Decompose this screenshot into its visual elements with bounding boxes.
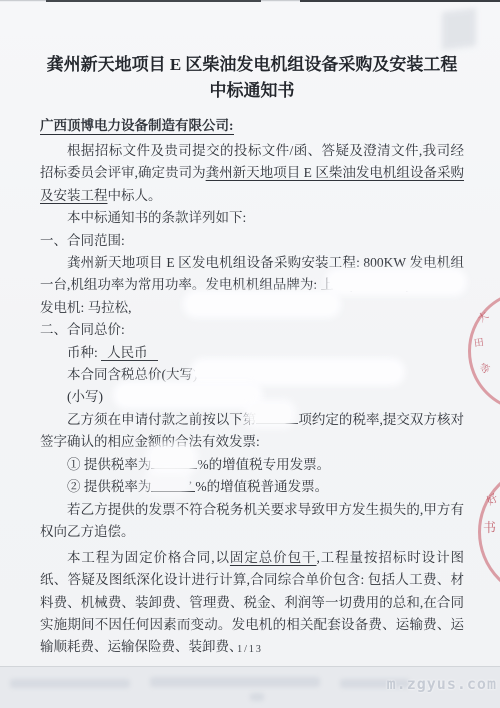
title-line-1: 龚州新天地项目 E 区柴油发电机组设备采购及安装工程 xyxy=(40,52,464,78)
watermark-text: m.zgyus.com xyxy=(387,675,497,693)
seal-character: 田 xyxy=(473,338,484,349)
penalty-paragraph: 若乙方提供的发票不符合税务机关要求导致甲方发生损失的,甲方有权向乙方追偿。 xyxy=(40,499,464,544)
document-content: 龚州新天地项目 E 区柴油发电机组设备采购及安装工程 中标通知书 广西顶博电力设… xyxy=(0,2,500,659)
currency-label: 币种: xyxy=(67,345,98,360)
recipient-line: 广西顶博电力设备制造有限公司: xyxy=(40,114,464,137)
ghost-print xyxy=(250,693,264,701)
award-paragraph: 根据招标文件及贵司提交的投标文件/函、答疑及澄清文件,我司经招标委员会评审,确定… xyxy=(40,140,464,207)
redaction-amount-words xyxy=(195,363,400,381)
section2-heading: 二、合同总价: xyxy=(40,319,464,341)
section1-heading: 一、合同范围: xyxy=(40,230,464,252)
document-title: 龚州新天地项目 E 区柴油发电机组设备采购及安装工程 中标通知书 xyxy=(40,52,464,104)
scan-bottom-strip: m.zgyus.com xyxy=(0,666,500,708)
redaction-amount-figures xyxy=(118,386,258,404)
currency-line: 币种: 人民币 xyxy=(40,342,464,364)
redaction-invoice2-rate xyxy=(149,473,185,493)
ghost-print xyxy=(150,677,320,687)
seal-character: 大 xyxy=(477,311,491,325)
invoice-item-1: ① 提供税率为%的增值税专用发票。 xyxy=(40,454,464,477)
title-line-2: 中标通知书 xyxy=(40,78,464,104)
fixed-pre: 本工程为固定价格合同,以 xyxy=(67,550,230,565)
recipient-name: 广西顶博电力设备制造有限公司: xyxy=(40,118,234,135)
invoice1-pre: ① 提供税率为 xyxy=(67,457,151,472)
fixed-lump-sum-underlined: 固定总价包干 xyxy=(230,550,317,565)
tax-pre: 乙方须在申请付款之前按以下第 xyxy=(67,412,256,427)
document-page: 龚州新天地项目 E 区柴油发电机组设备采购及安装工程 中标通知书 广西顶博电力设… xyxy=(0,2,500,666)
terms-intro: 本中标通知书的条款详列如下: xyxy=(40,207,464,229)
redaction-model-number xyxy=(330,273,462,291)
currency-value-underlined: 人民币 xyxy=(101,345,158,361)
page-number: 1/13 xyxy=(0,644,500,655)
scanned-award-notice: { "document": { "title": { "line1": "龚州新… xyxy=(0,0,500,708)
seal-character: 书 xyxy=(483,523,496,533)
invoice2-post: %的增值税普通发票。 xyxy=(195,480,328,495)
invoice2-pre: ② 提供税率为 xyxy=(67,480,151,495)
award-post: 中标人。 xyxy=(108,188,162,203)
redaction-tax-item-number xyxy=(249,404,291,424)
invoice1-post: %的增值税专用发票。 xyxy=(197,457,330,472)
redaction-invoice1-rate xyxy=(151,448,193,470)
seal-character: 等 xyxy=(477,363,490,376)
fixed-price-paragraph: 本工程为固定价格合同,以固定总价包干,工程量按招标时设计图纸、答疑及图纸深化设计… xyxy=(40,547,464,659)
fixed-post: ,工程量按招标时设计图纸、答疑及图纸深化设计进行计算,合同综合单价包含: 包括人… xyxy=(40,550,464,655)
redaction-generator-model xyxy=(188,295,336,313)
ghost-print xyxy=(10,679,130,688)
invoice-item-2: ② 提供税率为’%的增值税普通发票。 xyxy=(40,476,464,499)
seal-character: 好 xyxy=(485,493,500,507)
